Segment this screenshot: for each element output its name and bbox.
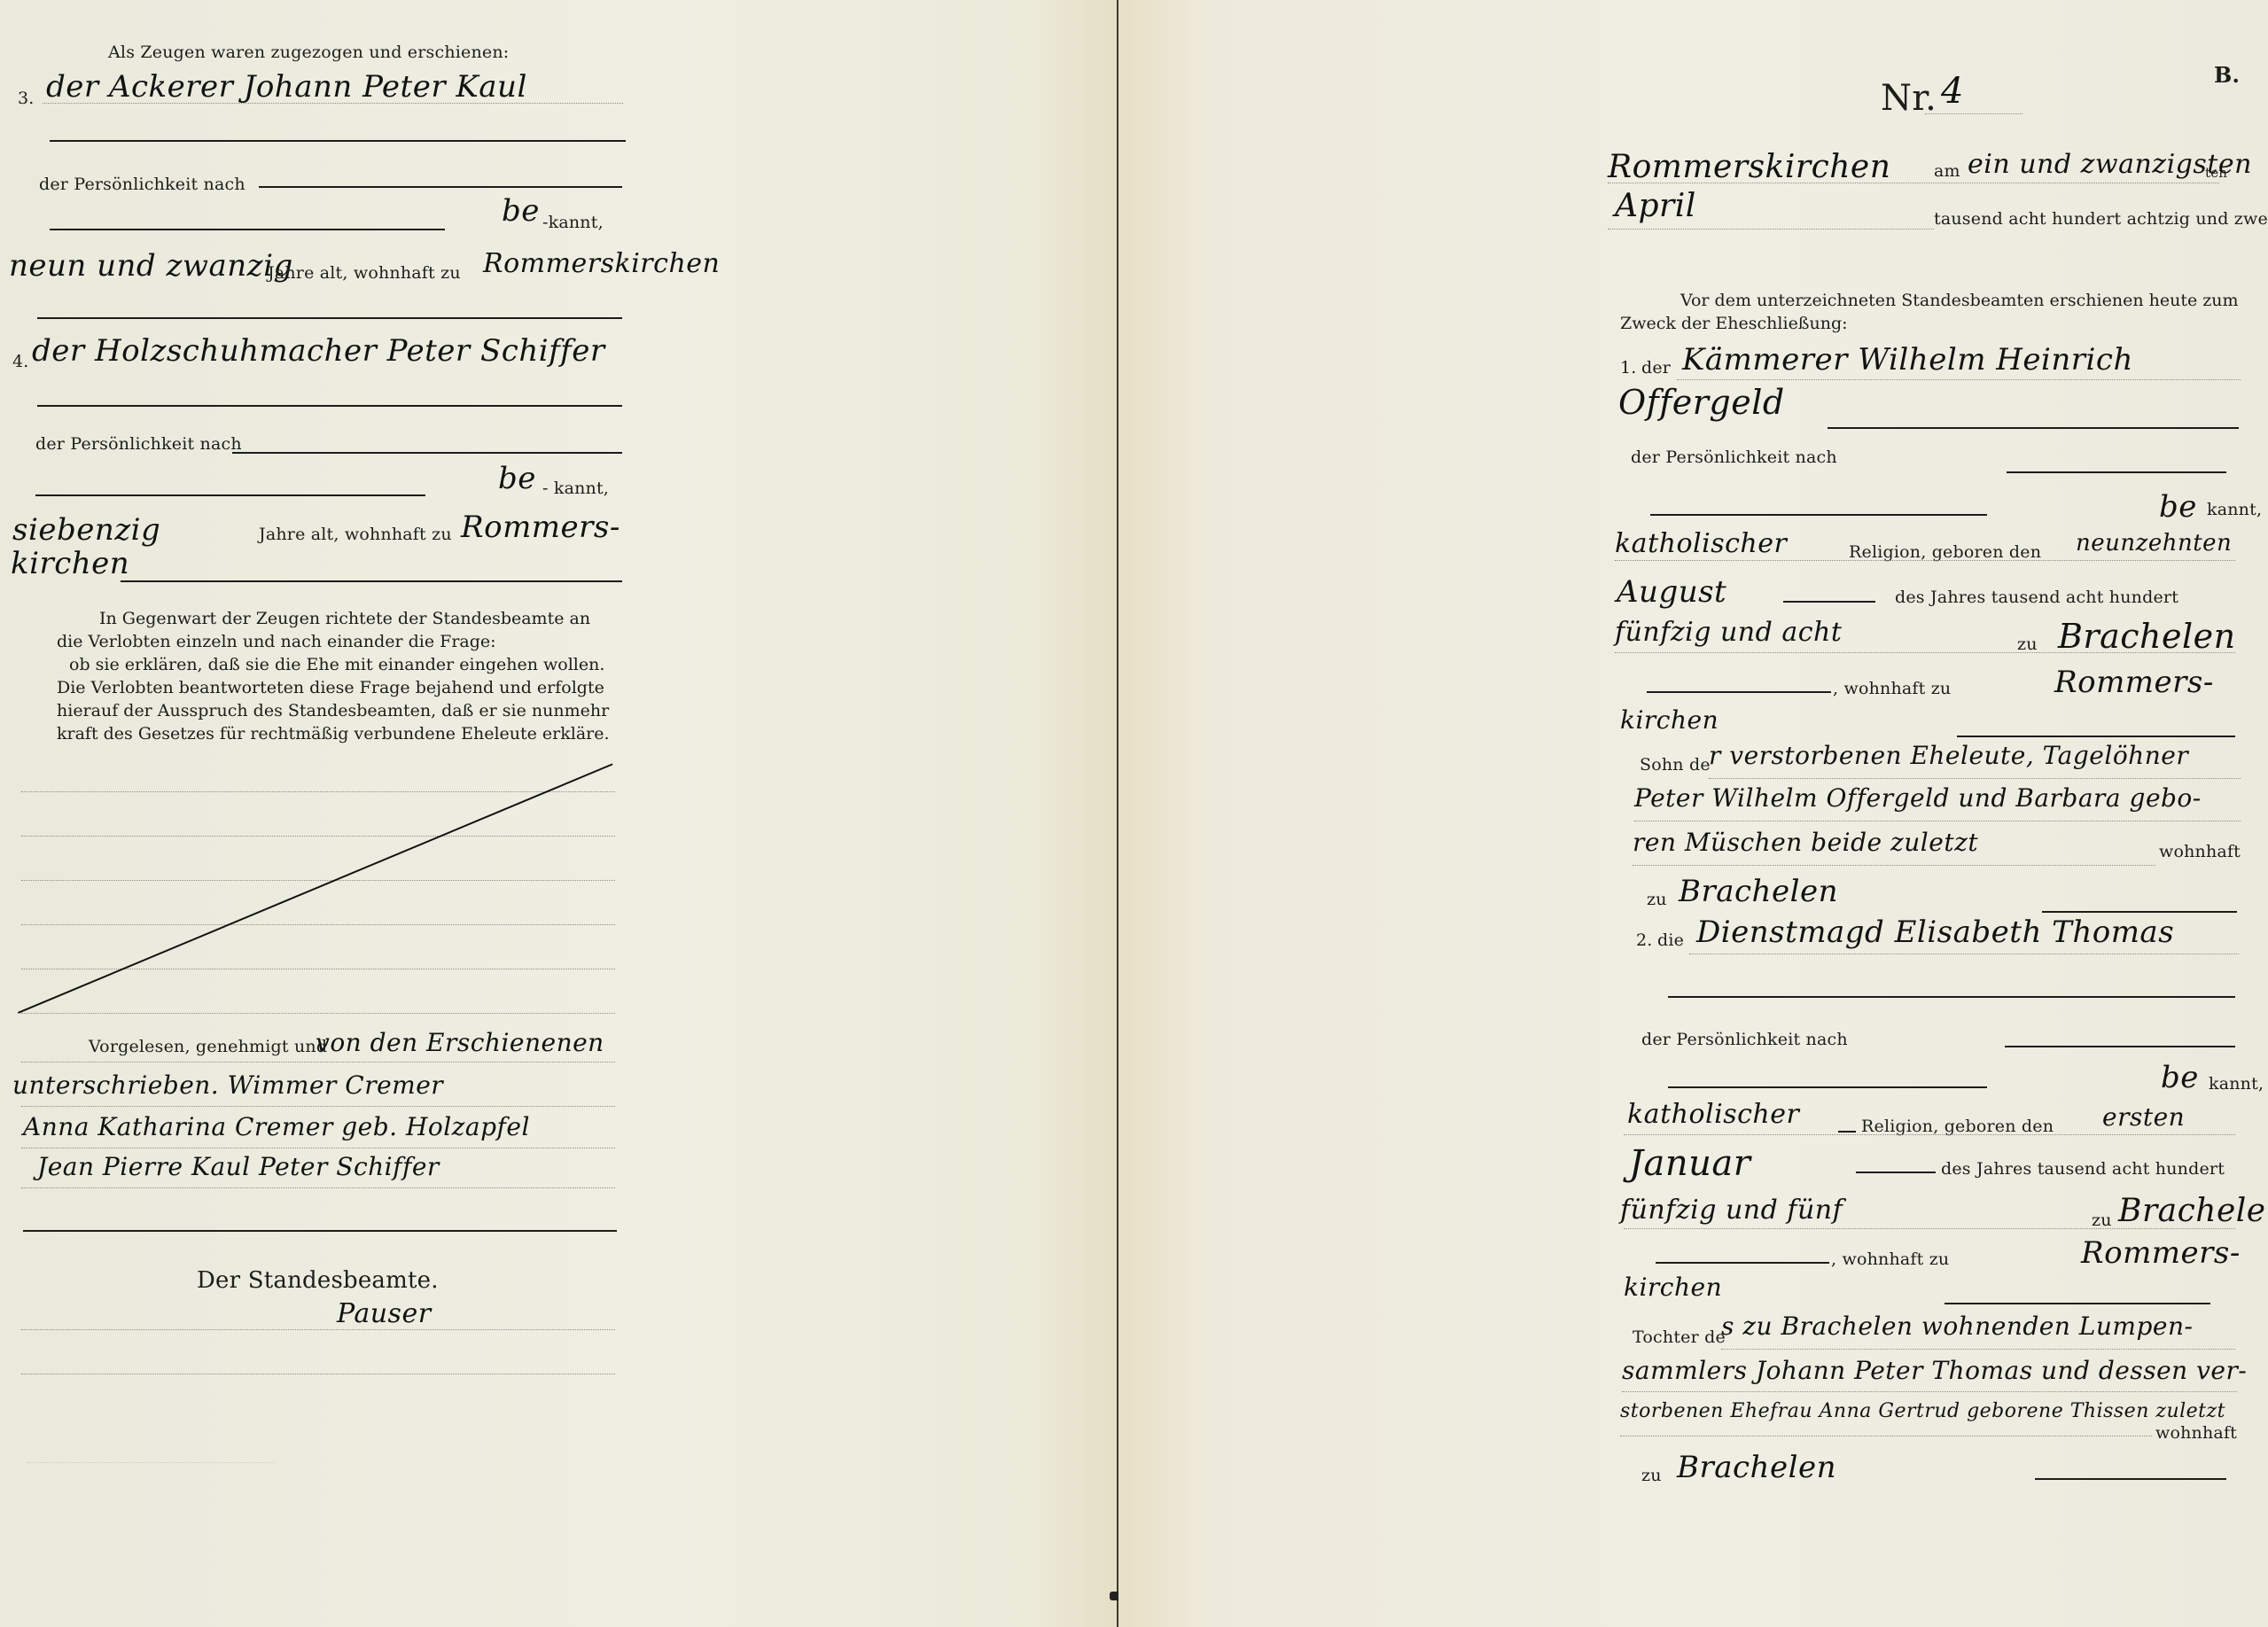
groom-number: 1. bbox=[1620, 358, 1637, 378]
dotted-rule bbox=[21, 1106, 615, 1107]
bride-religion-hand: katholischer bbox=[1627, 1099, 1799, 1130]
bride-birthplace-hand: Brachelen bbox=[2118, 1193, 2268, 1229]
witness3-age-hand: neun und zwanzig bbox=[9, 248, 293, 284]
fill-rule bbox=[1828, 427, 2239, 429]
witness3-age-label: Jahre alt, wohnhaft zu bbox=[268, 263, 461, 283]
dotted-rule bbox=[21, 1374, 615, 1374]
fill-rule bbox=[37, 405, 622, 407]
declaration-text: In Gegenwart der Zeugen richtete der Sta… bbox=[57, 607, 624, 745]
bride-birthplace-label: zu bbox=[2092, 1211, 2112, 1230]
closing-hand-line: Jean Pierre Kaul Peter Schiffer bbox=[37, 1152, 440, 1181]
dotted-rule bbox=[1608, 183, 2219, 183]
witness4-handwritten: der Holzschuhmacher Peter Schiffer bbox=[32, 333, 605, 369]
bride-birth-day-hand: ersten bbox=[2102, 1102, 2185, 1132]
dotted-rule bbox=[21, 791, 615, 792]
witness3-number: 3. bbox=[18, 89, 35, 108]
bride-parents-hand: storbenen Ehefrau Anna Gertrud geborene … bbox=[1620, 1400, 2225, 1422]
groom-parents-hand: Peter Wilhelm Offergeld und Barbara gebo… bbox=[1634, 783, 2202, 813]
dotted-rule bbox=[1925, 113, 2022, 114]
witness4-known-label: - kannt, bbox=[542, 479, 609, 498]
cancellation-strike bbox=[18, 763, 612, 1013]
am-label: am bbox=[1934, 161, 1960, 181]
groom-parents-hand: r verstorbenen Eheleute, Tagelöhner bbox=[1709, 741, 2188, 770]
groom-residence-hand: Rommers- bbox=[2054, 665, 2214, 700]
declaration-line: ob sie erklären, daß sie die Ehe mit ein… bbox=[57, 653, 624, 676]
dotted-rule bbox=[1615, 560, 2235, 561]
groom-handwritten: Kämmerer Wilhelm Heinrich bbox=[1682, 342, 2133, 378]
groom-birthplace-hand: Brachelen bbox=[2058, 617, 2236, 656]
groom-son-label: Sohn de bbox=[1640, 755, 1711, 775]
bride-parents-residence-hand: Brachelen bbox=[1677, 1450, 1836, 1485]
place-hand: Rommerskirchen bbox=[1608, 149, 1890, 185]
witness4-number: 4. bbox=[12, 352, 29, 371]
bride-residence-label: , wohnhaft zu bbox=[1831, 1249, 1949, 1269]
dotted-rule bbox=[21, 1329, 615, 1330]
day-suffix: ten bbox=[2205, 165, 2227, 181]
declaration-line: hierauf der Ausspruch des Standesbeamten… bbox=[57, 699, 624, 722]
dotted-rule bbox=[21, 880, 615, 881]
groom-religion-label: Religion, geboren den bbox=[1849, 542, 2041, 562]
witness4-age-label: Jahre alt, wohnhaft zu bbox=[259, 525, 452, 544]
declaration-line: In Gegenwart der Zeugen richtete der Sta… bbox=[57, 607, 624, 630]
witness4-residence-hand-2: kirchen bbox=[11, 546, 129, 581]
closing-label: Vorgelesen, genehmigt und bbox=[89, 1037, 327, 1056]
bride-birth-year-label: des Jahres tausend acht hundert bbox=[1941, 1159, 2225, 1179]
witness4-known-hand: be bbox=[498, 461, 536, 496]
groom-birth-year-label: des Jahres tausend acht hundert bbox=[1895, 588, 2178, 607]
bride-number: 2. bbox=[1636, 930, 1653, 950]
bride-article: die bbox=[1657, 930, 1684, 950]
fill-rule bbox=[1945, 1303, 2210, 1304]
bride-known-hand: be bbox=[2161, 1060, 2199, 1095]
intro-text: Vor dem unterzeichneten Standesbeamten e… bbox=[1620, 289, 2241, 335]
dotted-rule bbox=[43, 103, 623, 104]
fill-rule bbox=[37, 317, 622, 319]
groom-known-hand: be bbox=[2159, 489, 2197, 525]
closing-hand-line: Anna Katharina Cremer geb. Holzapfel bbox=[23, 1112, 530, 1141]
dotted-rule bbox=[21, 969, 615, 969]
year-label: tausend acht hundert achtzig und zwei. bbox=[1934, 209, 2268, 229]
groom-residence-label: , wohnhaft zu bbox=[1833, 679, 1951, 698]
groom-religion-hand: katholischer bbox=[1615, 528, 1787, 559]
fill-rule bbox=[232, 452, 622, 454]
fill-rule bbox=[1647, 691, 1831, 693]
dotted-rule bbox=[1677, 379, 2241, 380]
witness3-known-hand: be bbox=[502, 193, 540, 229]
witness3-known-label: -kannt, bbox=[542, 213, 604, 232]
fill-rule bbox=[1668, 996, 2235, 998]
month-hand: April bbox=[1615, 188, 1696, 224]
groom-personality-label: der Persönlichkeit nach bbox=[1631, 448, 1837, 467]
fill-rule bbox=[1668, 1086, 1987, 1088]
faint-rule bbox=[27, 1462, 275, 1463]
declaration-line: die Verlobten einzeln und nach einander … bbox=[57, 630, 624, 653]
fill-rule bbox=[1783, 601, 1875, 603]
section-letter: B. bbox=[2214, 62, 2240, 88]
groom-parents-residence-label: wohnhaft bbox=[2159, 842, 2241, 861]
witness3-handwritten: der Ackerer Johann Peter Kaul bbox=[46, 69, 527, 105]
bride-known-label: kannt, bbox=[2209, 1074, 2264, 1094]
right-page: B. Nr. 4 Rommerskirchen am ein und zwanz… bbox=[1118, 0, 2268, 1627]
fill-rule bbox=[1656, 1262, 1829, 1264]
bride-residence-hand: Rommers- bbox=[2081, 1235, 2241, 1271]
bride-parents-hand: sammlers Johann Peter Thomas und dessen … bbox=[1622, 1356, 2247, 1385]
groom-parents-zu-label: zu bbox=[1647, 890, 1667, 909]
fill-rule bbox=[2042, 911, 2237, 913]
dotted-rule bbox=[21, 836, 615, 837]
groom-parents-residence-hand: Brachelen bbox=[1679, 874, 1838, 909]
bride-religion-label: Religion, geboren den bbox=[1861, 1117, 2054, 1136]
dotted-rule bbox=[1620, 1436, 2152, 1436]
dotted-rule bbox=[21, 1013, 615, 1014]
dotted-rule bbox=[21, 1062, 615, 1063]
officer-title: Der Standesbeamte. bbox=[197, 1267, 439, 1294]
dotted-rule bbox=[1624, 1134, 2235, 1135]
declaration-line: Die Verlobten beantworteten diese Frage … bbox=[57, 676, 624, 699]
record-number: 4 bbox=[1941, 71, 1964, 112]
fill-rule bbox=[2007, 471, 2226, 473]
dotted-rule bbox=[1633, 865, 2155, 866]
dotted-rule bbox=[21, 924, 615, 925]
dotted-rule bbox=[1721, 1349, 2235, 1350]
groom-parents-hand: ren Müschen beide zuletzt bbox=[1633, 828, 1978, 857]
dotted-rule bbox=[21, 1148, 615, 1148]
fill-rule bbox=[1856, 1172, 1936, 1173]
bride-handwritten: Dienstmagd Elisabeth Thomas bbox=[1696, 915, 2174, 950]
witnesses-intro: Als Zeugen waren zugezogen und erschiene… bbox=[108, 43, 509, 62]
left-page: Als Zeugen waren zugezogen und erschiene… bbox=[0, 0, 1118, 1627]
dotted-rule bbox=[1615, 652, 2235, 653]
fill-rule bbox=[50, 140, 626, 142]
closing-hand-line: unterschrieben. Wimmer Cremer bbox=[12, 1070, 443, 1100]
closing-hand-line: von den Erschienenen bbox=[316, 1028, 604, 1057]
bride-parents-residence-label: wohnhaft bbox=[2155, 1423, 2237, 1443]
intro-line: Zweck der Eheschließung: bbox=[1620, 312, 2241, 335]
fill-rule bbox=[121, 580, 622, 582]
declaration-line: kraft des Gesetzes für rechtmäßig verbun… bbox=[57, 722, 624, 745]
witness3-personality-label: der Persönlichkeit nach bbox=[39, 175, 246, 194]
fill-rule bbox=[259, 186, 622, 188]
groom-article: der bbox=[1641, 358, 1671, 378]
groom-birth-month-hand: August bbox=[1617, 574, 1726, 610]
bride-daughter-label: Tochter de bbox=[1633, 1327, 1726, 1347]
fill-rule bbox=[1650, 514, 1987, 516]
fill-rule bbox=[1957, 736, 2235, 737]
dotted-rule bbox=[1689, 954, 2239, 954]
witness4-age-hand: siebenzig bbox=[12, 512, 160, 548]
bride-parents-hand: s zu Brachelen wohnenden Lumpen- bbox=[1721, 1312, 2193, 1341]
groom-known-label: kannt, bbox=[2207, 500, 2262, 519]
bride-residence-hand-2: kirchen bbox=[1624, 1273, 1722, 1302]
witness4-personality-label: der Persönlichkeit nach bbox=[35, 434, 242, 454]
groom-birthplace-label: zu bbox=[2017, 634, 2038, 654]
groom-birth-year-hand: fünfzig und acht bbox=[1615, 617, 1842, 648]
fill-rule bbox=[23, 1230, 617, 1232]
fill-rule bbox=[35, 494, 425, 496]
groom-residence-hand-2: kirchen bbox=[1620, 705, 1719, 735]
fill-rule bbox=[2035, 1478, 2226, 1480]
dotted-rule bbox=[1624, 1228, 2235, 1229]
intro-line: Vor dem unterzeichneten Standesbeamten e… bbox=[1620, 289, 2241, 312]
dotted-rule bbox=[21, 1187, 615, 1188]
bride-birth-month-hand: Januar bbox=[1629, 1143, 1750, 1184]
groom-birth-day-hand: neunzehnten bbox=[2076, 530, 2232, 557]
witness4-residence-hand: Rommers- bbox=[461, 510, 620, 545]
officer-signature: Pauser bbox=[337, 1298, 432, 1329]
witness3-residence-hand: Rommerskirchen bbox=[483, 248, 720, 279]
groom-surname-hand: Offergeld bbox=[1618, 383, 1785, 422]
fill-rule bbox=[1838, 1131, 1856, 1133]
dotted-rule bbox=[1622, 1391, 2237, 1392]
fill-rule bbox=[50, 229, 445, 230]
dotted-rule bbox=[1709, 778, 2241, 779]
dotted-rule bbox=[1608, 229, 1934, 230]
dotted-rule bbox=[1634, 821, 2241, 821]
bride-parents-zu-label: zu bbox=[1641, 1466, 1662, 1485]
bride-birth-year-hand: fünfzig und fünf bbox=[1620, 1195, 1843, 1226]
bride-personality-label: der Persönlichkeit nach bbox=[1641, 1030, 1848, 1049]
fill-rule bbox=[2005, 1046, 2235, 1047]
